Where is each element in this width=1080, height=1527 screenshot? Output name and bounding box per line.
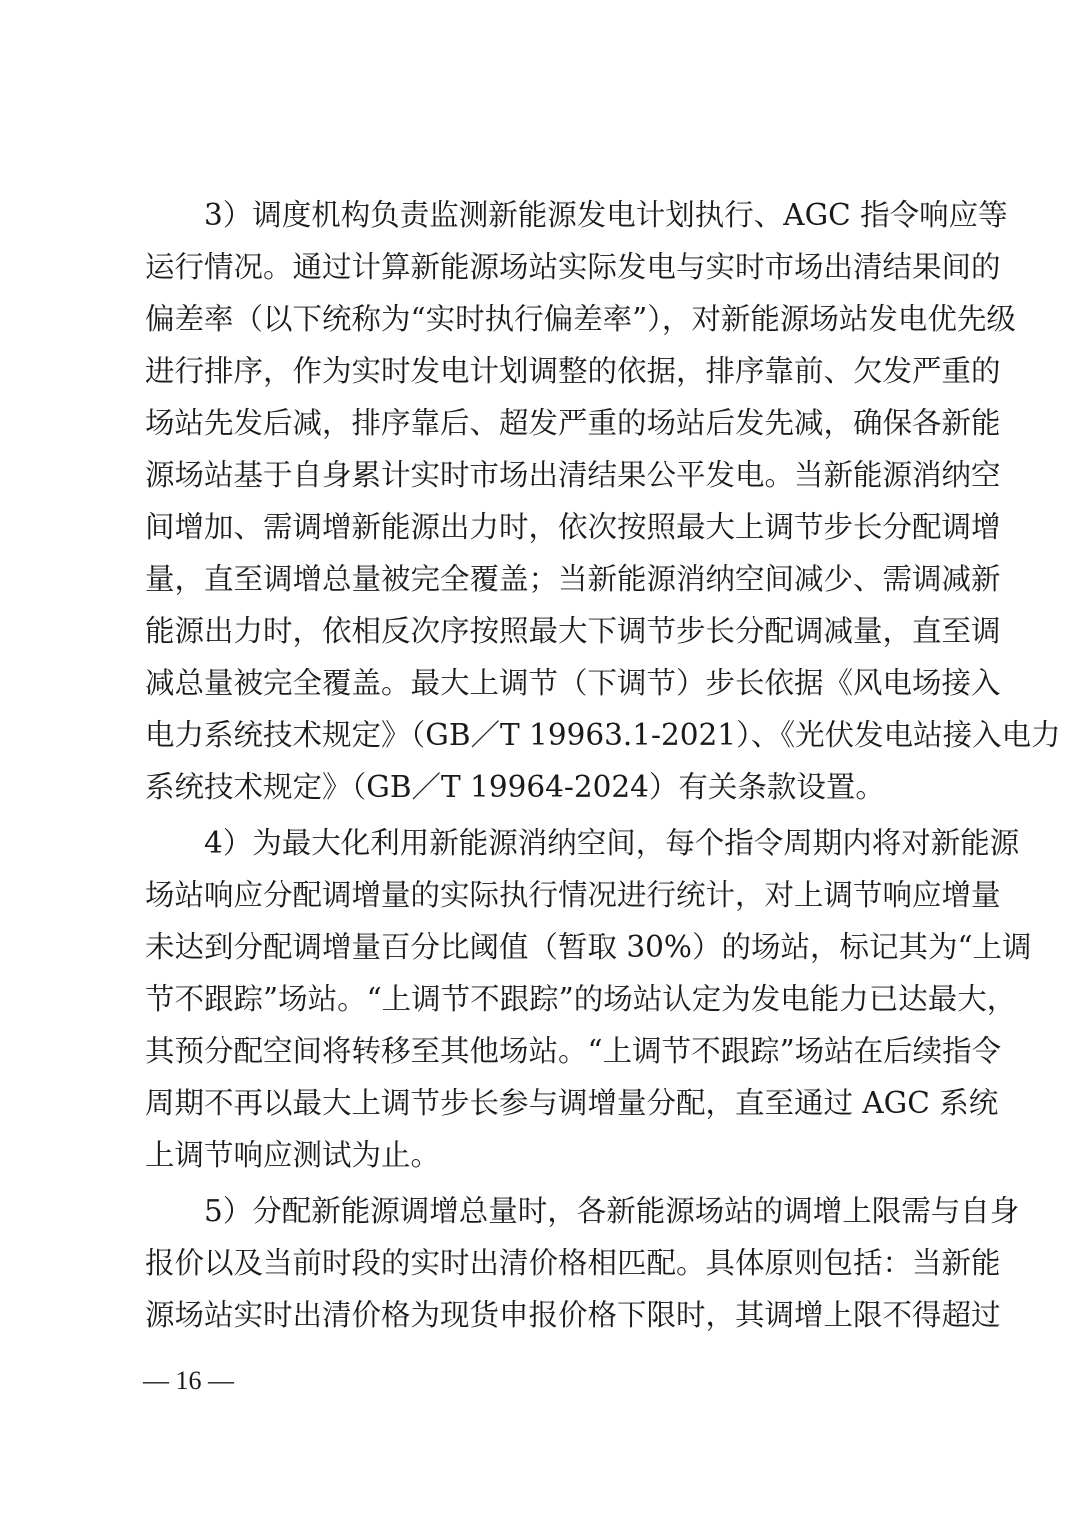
document-page: 3）调度机构负责监测新能源发电计划执行、AGC 指令响应等 运行情况。通过计算新… (0, 0, 1080, 1527)
paragraph-3-line-10: 减总量被完全覆盖。最大上调节（下调节）步长依据《风电场接入 (145, 663, 945, 703)
paragraph-3-line-8: 量，直至调增总量被完全覆盖；当新能源消纳空间减少、需调减新 (145, 559, 945, 599)
paragraph-3-line-7: 间增加、需调增新能源出力时，依次按照最大上调节步长分配调增 (145, 507, 945, 547)
paragraph-3-line-6: 源场站基于自身累计实时市场出清结果公平发电。当新能源消纳空 (145, 455, 945, 495)
paragraph-4-line-2: 场站响应分配调增量的实际执行情况进行统计，对上调节响应增量 (145, 875, 945, 915)
paragraph-3-line-5: 场站先发后减，排序靠后、超发严重的场站后发先减，确保各新能 (145, 403, 945, 443)
paragraph-4-line-3: 未达到分配调增量百分比阈值（暂取 30%）的场站，标记其为“上调 (145, 927, 945, 967)
paragraph-3-line-3: 偏差率（以下统称为“实时执行偏差率”），对新能源场站发电优先级 (145, 299, 945, 339)
paragraph-3-line-1: 3）调度机构负责监测新能源发电计划执行、AGC 指令响应等 (145, 195, 945, 235)
paragraph-5-line-1: 5）分配新能源调增总量时，各新能源场站的调增上限需与自身 (145, 1191, 945, 1231)
paragraph-4-line-6: 周期不再以最大上调节步长参与调增量分配，直至通过 AGC 系统 (145, 1083, 945, 1123)
paragraph-5-line-2: 报价以及当前时段的实时出清价格相匹配。具体原则包括：当新能 (145, 1243, 945, 1283)
paragraph-4-line-7: 上调节响应测试为止。 (145, 1135, 945, 1175)
paragraph-4-line-4: 节不跟踪”场站。“上调节不跟踪”的场站认定为发电能力已达最大， (145, 979, 945, 1019)
page-number: — 16 — (143, 1364, 234, 1398)
paragraph-3-line-9: 能源出力时，依相反次序按照最大下调节步长分配调减量，直至调 (145, 611, 945, 651)
paragraph-4-line-1: 4）为最大化利用新能源消纳空间，每个指令周期内将对新能源 (145, 823, 945, 863)
paragraph-4-line-5: 其预分配空间将转移至其他场站。“上调节不跟踪”场站在后续指令 (145, 1031, 945, 1071)
paragraph-3-line-12: 系统技术规定》（GB／T 19964-2024）有关条款设置。 (145, 767, 945, 807)
paragraph-5-line-3: 源场站实时出清价格为现货申报价格下限时，其调增上限不得超过 (145, 1295, 945, 1335)
paragraph-3-line-2: 运行情况。通过计算新能源场站实际发电与实时市场出清结果间的 (145, 247, 945, 287)
paragraph-3-line-4: 进行排序，作为实时发电计划调整的依据，排序靠前、欠发严重的 (145, 351, 945, 391)
paragraph-3-line-11: 电力系统技术规定》（GB／T 19963.1-2021）、《光伏发电站接入电力 (145, 715, 945, 755)
